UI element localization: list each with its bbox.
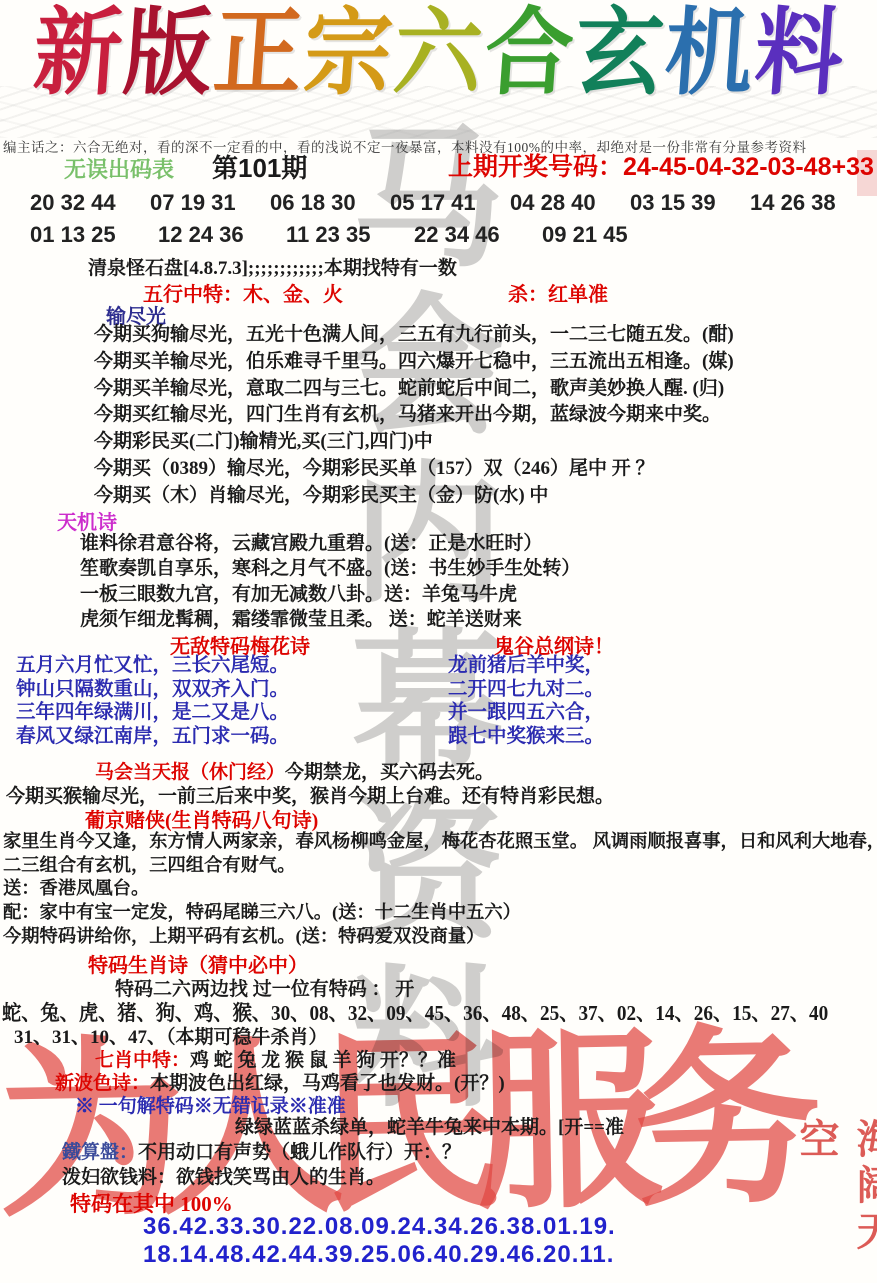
title-char: 宗 [301, 0, 397, 109]
meihua-line: 三年四年绿满川，是二又是八。 [16, 701, 289, 725]
tianjishi-lines: 谁料徐君意谷将，云藏宫殿九重碧。(送：正是水旺时）笙歌奏凯自享乐，寒科之月气不盛… [80, 531, 580, 633]
title-char: 合 [481, 0, 577, 109]
code-cell: 05 17 41 [390, 190, 510, 216]
pujing-line: 配：家中有宝一定发，特码尾睇三六八。(送：十二生肖中五六） [3, 901, 877, 925]
tianjishi-line: 虎须乍细龙髯稠，霜缕霏微莹且柔。 送：蛇羊送财来 [80, 607, 580, 632]
shujinguang-line: 今期买狗输尽光，五光十色满人间，三五有九行前头，一二三七随五发。(酣) [94, 322, 734, 349]
title-char: 正 [211, 0, 307, 109]
title-char: 新 [31, 0, 127, 109]
green-blue-line: 绿绿蓝蓝杀绿单，蛇羊牛兔来中本期。[开==准 [235, 1112, 624, 1139]
code-table-row-1: 20 32 4407 19 3106 18 3005 17 4104 28 40… [30, 190, 870, 216]
title-char: 机 [661, 0, 757, 109]
tianjishi-line: 谁料徐君意谷将，云藏宫殿九重碧。(送：正是水旺时） [80, 531, 580, 556]
five-elements-line: 五行中特：木、金、火 [143, 278, 343, 307]
title-char: 六 [391, 0, 487, 109]
title-char: 料 [751, 0, 847, 109]
tiesuanpan-line: 鐵算盤：不用动口有声势（蛾儿作队行）开：？ [62, 1137, 461, 1164]
kill-line: 杀：红单准 [508, 278, 608, 307]
code-table-row-2: 01 13 2512 24 3611 23 3522 34 4609 21 45 [30, 222, 870, 248]
pujing-line: 家里生肖今又逢，东方情人两家亲，春风杨柳鸣金屋，梅花杏花照玉堂。 风调雨顺报喜事… [3, 830, 877, 854]
meihua-line: 钟山只隔数重山，双双齐入门。 [16, 678, 289, 702]
pujing-line: 送：香港凤凰台。 [3, 877, 877, 901]
shujinguang-line: 今期彩民买(二门)输精光,买(三门,四门)中 [94, 429, 734, 456]
code-cell: 14 26 38 [750, 190, 870, 216]
blue-numbers-line-2: 18.14.48.42.44.39.25.06.40.29.46.20.11. [143, 1241, 614, 1269]
shujinguang-line: 今期买羊输尽光，意取二四与三七。蛇前蛇后中间二，歌声美妙换人醒. (归) [94, 376, 734, 403]
lottery-tip-sheet: 马会内幕资料 新版正宗六合玄机料 编主话之：六合无绝对，看的深不一定看的中，看的… [0, 0, 877, 1283]
meihua-line: 五月六月忙又忙，三长六尾短。 [16, 654, 289, 678]
code-cell: 03 15 39 [630, 190, 750, 216]
pofu-line: 泼妇欲钱料：欲钱找笑骂由人的生肖。 [62, 1162, 385, 1189]
mahui-rest: 今期禁龙，买六码去死。 [285, 762, 494, 783]
code-table-label: 无误出码表 [64, 153, 174, 184]
title-char: 版 [121, 0, 217, 109]
tiesuanpan-rest: 不用动口有声势（蛾儿作队行）开：？ [138, 1142, 461, 1163]
shujinguang-lines: 今期买狗输尽光，五光十色满人间，三五有九行前头，一二三七随五发。(酣)今期买羊输… [94, 322, 734, 510]
guigu-line: 二开四七九对二。 [448, 678, 604, 702]
code-cell: 04 28 40 [510, 190, 630, 216]
meihua-lines: 五月六月忙又忙，三长六尾短。钟山只隔数重山，双双齐入门。三年四年绿满川，是二又是… [16, 654, 289, 748]
shujinguang-line: 今期买羊输尽光，伯乐难寻千里马。四六爆开七稳中，三五流出五相逢。(媒) [94, 349, 734, 376]
guigu-line: 龙前猪后羊中奖， [448, 654, 604, 678]
issue-number: 第101期 [212, 148, 307, 185]
last-draw-numbers: 上期开奖号码：24-45-04-32-03-48+33 [448, 147, 874, 183]
code-cell: 11 23 35 [286, 222, 414, 248]
guigu-lines: 龙前猪后羊中奖，二开四七九对二。并一跟四五六合，跟七中奖猴来三。 [448, 654, 604, 748]
page-title: 新版正宗六合玄机料 [0, 4, 877, 132]
meihua-line: 春风又绿江南岸，五门求一码。 [16, 725, 289, 749]
code-cell: 07 19 31 [150, 190, 270, 216]
guigu-line: 跟七中奖猴来三。 [448, 725, 604, 749]
pujing-line: 今期特码讲给你，上期平码有玄机。(送：特码爱双没商量） [3, 925, 877, 949]
pujing-line: 二三组合有玄机，三四组合有财气。 [3, 854, 877, 878]
red-vertical-watermark: 海阔天空 [788, 1118, 877, 1283]
shujinguang-line: 今期买（0389）输尽光，今期彩民买单（157）双（246）尾中 开 ？ [94, 456, 734, 483]
title-char: 玄 [571, 0, 667, 109]
stone-plate-line: 清泉怪石盘[4.8.7.3];;;;;;;;;;;;本期找特有一数 [88, 253, 457, 280]
mahui-daily-line: 马会当天报（休门经）今期禁龙，买六码去死。 [95, 757, 494, 784]
code-cell: 06 18 30 [270, 190, 390, 216]
tianjishi-line: 笙歌奏凯自享乐，寒科之月气不盛。(送：书生妙手生处转） [80, 556, 580, 581]
tianjishi-line: 一板三眼数九宫，有加无减数八卦。送：羊兔马牛虎 [80, 582, 580, 607]
mahui-prefix: 马会当天报（休门经） [95, 762, 285, 783]
code-cell: 01 13 25 [30, 222, 158, 248]
code-cell: 09 21 45 [542, 222, 670, 248]
code-cell: 22 34 46 [414, 222, 542, 248]
shujinguang-line: 今期买红输尽光，四门生肖有玄机，马猪来开出今期，蓝绿波今期来中奖。 [94, 402, 734, 429]
shujinguang-line: 今期买（木）肖输尽光，今期彩民买主（金）防(水) 中 [94, 483, 734, 510]
code-cell: 12 24 36 [158, 222, 286, 248]
tema-100-line: 特码在其中 100% [70, 1188, 233, 1218]
tiesuanpan-prefix: 鐵算盤： [62, 1142, 138, 1163]
pujing-lines: 家里生肖今又逢，东方情人两家亲，春风杨柳鸣金屋，梅花杏花照玉堂。 风调雨顺报喜事… [3, 830, 877, 949]
guigu-line: 并一跟四五六合， [448, 701, 604, 725]
shengxiao-hint-line: 特码二六两边找 过一位有特码 ： 开 [115, 974, 414, 1001]
section-header-pujing: 葡京赌侠(生肖特码八句诗) [85, 804, 318, 833]
code-cell: 20 32 44 [30, 190, 150, 216]
